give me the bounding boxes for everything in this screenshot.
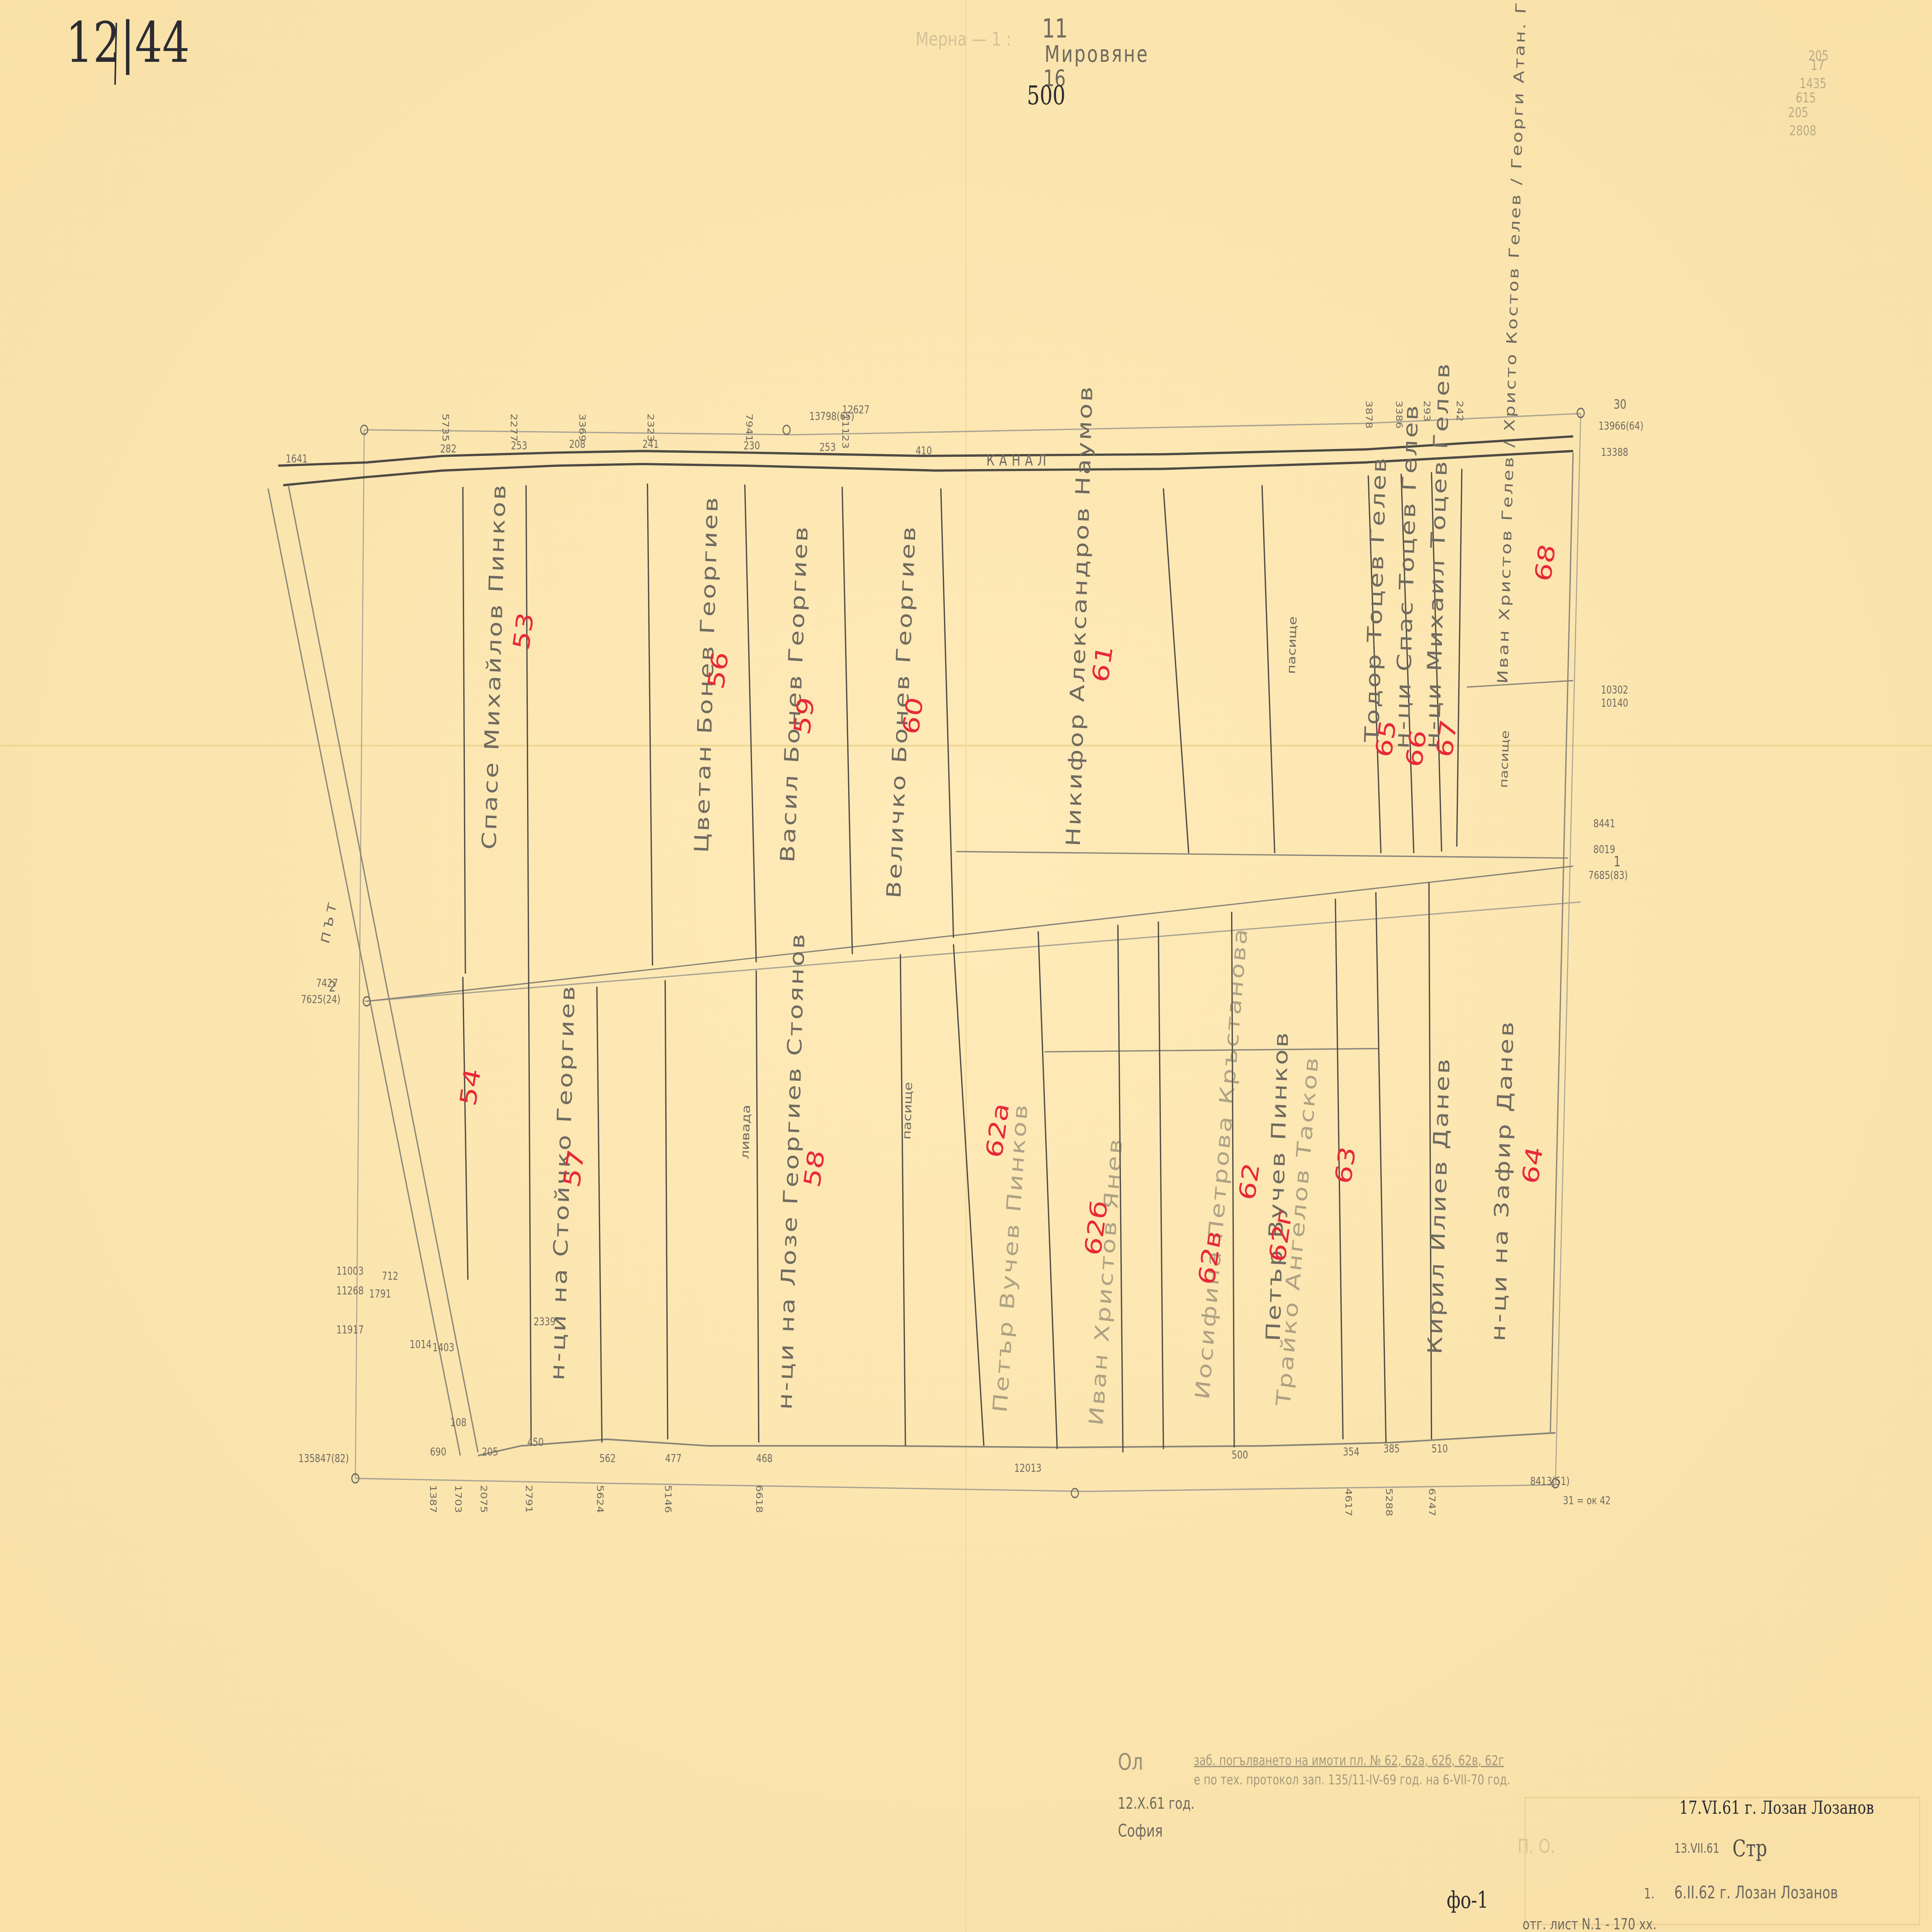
svg-text:2323: 2323 [645, 413, 655, 442]
svg-text:3369: 3369 [577, 413, 587, 442]
svg-text:11123: 11123 [840, 413, 850, 449]
svg-text:253: 253 [511, 439, 527, 452]
svg-text:12013: 12013 [1014, 1462, 1042, 1475]
parcel-68: 68 [1530, 541, 1561, 584]
svg-text:1703: 1703 [453, 1485, 463, 1513]
svg-text:1387: 1387 [428, 1485, 438, 1513]
section-number: 11 [1042, 14, 1068, 44]
svg-text:11268: 11268 [337, 1284, 364, 1298]
parcel-53: 53 [508, 610, 539, 652]
parcel-54: 54 [455, 1066, 486, 1108]
svg-text:13966(64): 13966(64) [1599, 420, 1643, 433]
svg-text:5146: 5146 [663, 1485, 673, 1513]
svg-text:6618: 6618 [754, 1485, 764, 1513]
svg-text:205: 205 [1788, 105, 1808, 121]
svg-text:2277: 2277 [509, 413, 519, 442]
svg-text:1791: 1791 [369, 1288, 391, 1301]
svg-text:11917: 11917 [337, 1323, 364, 1337]
parcel-63: 63 [1330, 1144, 1361, 1187]
svg-text:10302: 10302 [1601, 684, 1628, 697]
svg-text:135847(82): 135847(82) [298, 1452, 349, 1465]
parcel-57: 57 [559, 1147, 590, 1190]
signature-scribble: Стр [1733, 1835, 1767, 1862]
svg-text:1435: 1435 [1799, 76, 1827, 91]
parcel-64: 64 [1517, 1144, 1549, 1187]
svg-text:1: 1 [1614, 853, 1621, 870]
svg-text:2075: 2075 [478, 1485, 488, 1513]
svg-text:712: 712 [382, 1270, 398, 1283]
svg-text:1641: 1641 [286, 452, 308, 466]
svg-text:1403: 1403 [432, 1342, 454, 1355]
svg-text:12|44: 12|44 [66, 11, 190, 75]
svg-text:450: 450 [527, 1436, 544, 1449]
parcel-58: 58 [799, 1147, 830, 1190]
svg-text:385: 385 [1383, 1442, 1400, 1456]
canal-label: КАНАЛ [986, 452, 1051, 469]
sheet-number: 12|44 [66, 11, 190, 85]
svg-text:пасище: пасище [1284, 616, 1299, 674]
svg-text:31 = ок 42: 31 = ок 42 [1563, 1495, 1611, 1508]
svg-text:пасище: пасище [1497, 730, 1512, 788]
svg-text:11003: 11003 [337, 1265, 364, 1278]
svg-text:615: 615 [1796, 90, 1816, 106]
svg-text:13388: 13388 [1601, 446, 1628, 459]
note-line-1: заб. погълването на имоти пл. № 62, 62а,… [1194, 1753, 1504, 1768]
signature-2-date: 13.VII.61 [1674, 1841, 1719, 1856]
approval-date: 12.Х.61 год. [1118, 1794, 1195, 1813]
svg-text:500: 500 [1232, 1449, 1248, 1462]
svg-text:5624: 5624 [595, 1485, 605, 1513]
svg-text:354: 354 [1343, 1446, 1359, 1459]
svg-text:10140: 10140 [1601, 697, 1628, 710]
svg-text:1014: 1014 [410, 1338, 432, 1351]
approval-city: София [1118, 1821, 1163, 1841]
svg-text:205: 205 [482, 1446, 498, 1459]
svg-text:6747: 6747 [1427, 1488, 1437, 1516]
svg-text:ливада: ливада [738, 1104, 753, 1159]
svg-text:5288: 5288 [1384, 1488, 1394, 1516]
note-line-2: е по тех. протокол зап. 135/11-IV-69 год… [1194, 1772, 1510, 1788]
parcel-60: 60 [898, 695, 929, 737]
svg-text:468: 468 [756, 1452, 772, 1465]
svg-text:17: 17 [1811, 58, 1824, 73]
svg-text:7941: 7941 [744, 413, 754, 442]
locality-name: Мировяне [1044, 41, 1149, 68]
svg-text:3878: 3878 [1363, 401, 1373, 429]
svg-text:253: 253 [820, 441, 836, 454]
parcel-66: 66 [1401, 727, 1432, 770]
svg-text:30: 30 [1614, 397, 1626, 412]
svg-text:8413(51): 8413(51) [1530, 1475, 1570, 1488]
svg-text:8441: 8441 [1594, 817, 1616, 830]
faint-print: Мерна — 1 : [915, 27, 1011, 50]
svg-text:7685(83): 7685(83) [1588, 869, 1628, 883]
parcel-61: 61 [1087, 643, 1119, 685]
svg-text:7625(24): 7625(24) [301, 993, 340, 1006]
svg-text:2808: 2808 [1789, 123, 1816, 138]
scale-denominator: 500 [1027, 80, 1065, 111]
document-code: фо-1 [1447, 1888, 1488, 1914]
svg-text:2791: 2791 [524, 1485, 534, 1513]
svg-text:282: 282 [440, 443, 456, 456]
svg-text:7427: 7427 [316, 977, 338, 990]
signature-1: 17.VI.61 г. Лозан Лозанов [1679, 1797, 1874, 1818]
svg-text:4617: 4617 [1343, 1488, 1353, 1516]
map-canvas: 12|44 Мерна — 1 : 11 Мировяне 16 500 205… [0, 0, 1932, 1932]
parcel-62: 62 [1234, 1160, 1265, 1203]
svg-text:5735: 5735 [440, 413, 450, 442]
parcel-56: 56 [703, 649, 734, 692]
svg-text:562: 562 [599, 1452, 616, 1465]
svg-text:241: 241 [643, 438, 659, 451]
svg-text:510: 510 [1432, 1442, 1448, 1456]
cadastral-map-sheet: 12|44 Мерна — 1 : 11 Мировяне 16 500 205… [0, 0, 1932, 1932]
svg-text:242: 242 [1454, 401, 1464, 422]
parcel-65: 65 [1371, 718, 1402, 760]
svg-text:230: 230 [743, 439, 760, 452]
svg-text:690: 690 [430, 1446, 446, 1459]
parcel-59: 59 [789, 695, 820, 737]
svg-text:пасище: пасище [900, 1082, 915, 1140]
svg-text:477: 477 [665, 1452, 681, 1465]
parcel-67: 67 [1431, 718, 1463, 760]
svg-text:108: 108 [450, 1417, 466, 1430]
svg-text:208: 208 [569, 438, 585, 451]
footer-note: отг. лист N.1 - 170 хх. [1522, 1916, 1656, 1932]
svg-text:410: 410 [915, 444, 932, 457]
svg-text:8019: 8019 [1594, 843, 1616, 856]
faint-stamp: П. О. [1517, 1835, 1555, 1857]
approval-scribble: Ол [1118, 1749, 1143, 1776]
signature-3-num: 1. [1644, 1885, 1654, 1902]
signature-3: 6.II.62 г. Лозан Лозанов [1674, 1883, 1838, 1903]
